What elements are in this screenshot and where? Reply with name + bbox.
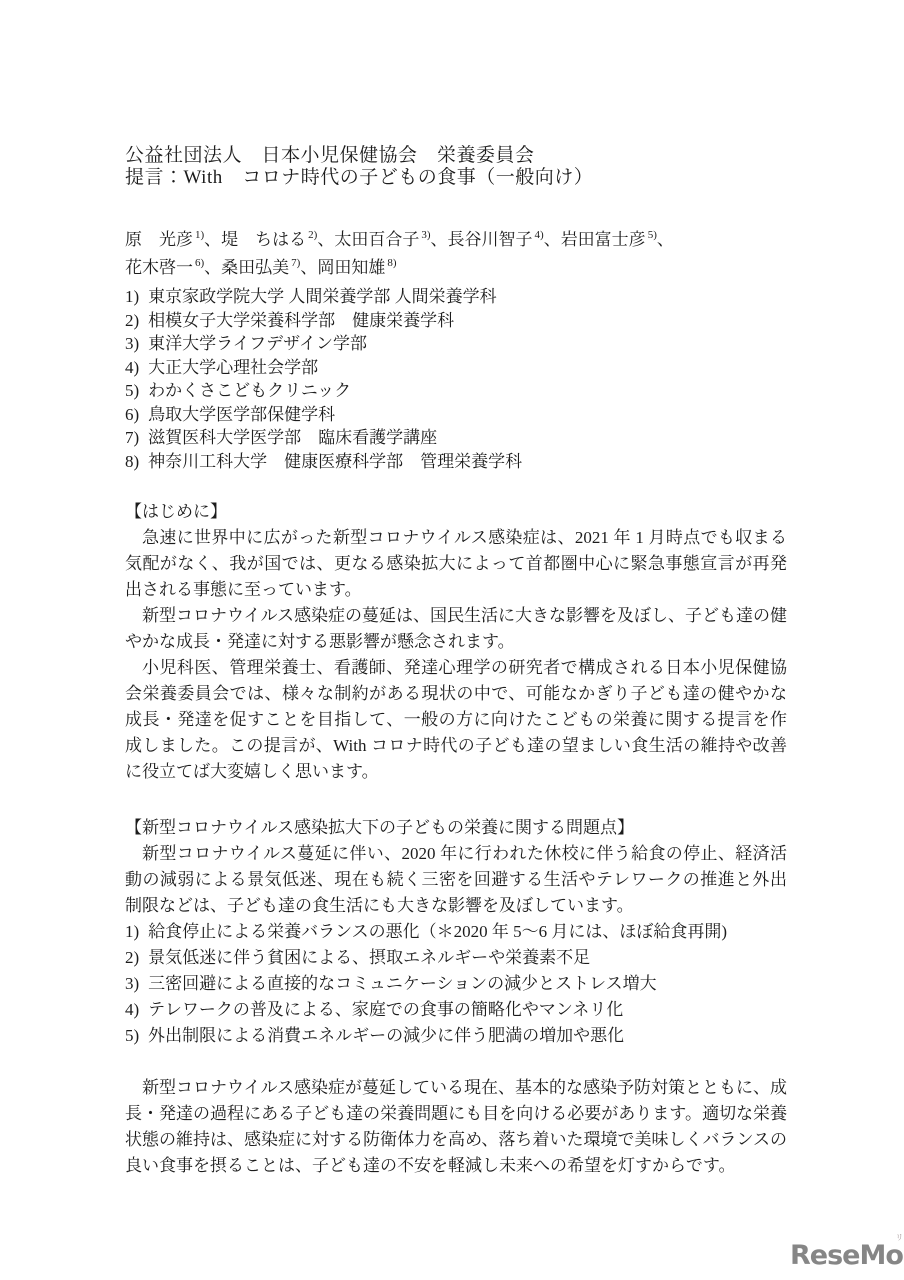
affiliation-item: 5)わかくさこどもクリニック — [125, 379, 787, 403]
section-heading-intro: 【はじめに】 — [125, 499, 787, 525]
author-affiliation-sup: 2) — [308, 229, 317, 241]
problem-number: 3) — [125, 971, 139, 997]
document-page: { "meta": { "page_background": "#ffffff"… — [0, 0, 904, 1280]
problem-item: 2)景気低迷に伴う貧困による、摂取エネルギーや栄養素不足 — [125, 945, 787, 971]
affiliation-item: 6)鳥取大学医学部保健学科 — [125, 403, 787, 427]
problem-number: 5) — [125, 1023, 139, 1049]
author-separator: 、 — [657, 230, 674, 249]
affiliation-number: 7) — [125, 426, 139, 450]
affiliation-item: 1)東京家政学院大学 人間栄養学部 人間栄養学科 — [125, 285, 787, 309]
paragraph: 新型コロナウイルス蔓延に伴い、2020 年に行われた休校に伴う給食の停止、経済活… — [125, 841, 787, 919]
author-name: 岡田知雄 — [317, 258, 385, 277]
section-introduction: 【はじめに】 急速に世界中に広がった新型コロナウイルス感染症は、2021 年 1… — [125, 499, 787, 785]
author-affiliation-sup: 3) — [421, 229, 430, 241]
author-separator: 、 — [204, 258, 221, 277]
paragraph: 新型コロナウイルス感染症が蔓延している現在、基本的な感染予防対策とともに、成長・… — [125, 1075, 787, 1179]
affiliation-item: 4)大正大学心理社会学部 — [125, 356, 787, 380]
problem-text: 景気低迷に伴う貧困による、摂取エネルギーや栄養素不足 — [148, 948, 590, 967]
affiliation-text: 滋賀医科大学医学部 臨床看護学講座 — [148, 428, 437, 447]
affiliation-item: 7)滋賀医科大学医学部 臨床看護学講座 — [125, 426, 787, 450]
problem-text: 外出制限による消費エネルギーの減少に伴う肥満の増加や悪化 — [148, 1026, 624, 1045]
organization-line: 公益社団法人 日本小児保健協会 栄養委員会 — [125, 145, 787, 167]
section-problems: 【新型コロナウイルス感染拡大下の子どもの栄養に関する問題点】 新型コロナウイルス… — [125, 815, 787, 1179]
affiliation-number: 2) — [125, 309, 139, 333]
author-separator: 、 — [204, 230, 221, 249]
problem-item: 5)外出制限による消費エネルギーの減少に伴う肥満の増加や悪化 — [125, 1023, 787, 1049]
author-line: 花木啓一6)、桑田弘美7)、岡田知雄8) — [125, 254, 787, 282]
author-name: 桑田弘美 — [221, 258, 289, 277]
resemom-logo: リセマムReseMom. — [790, 1240, 904, 1272]
problem-item: 1)給食停止による栄養バランスの悪化（＊2020 年 5～6 月には、ほぼ給食再… — [125, 919, 787, 945]
section-heading-problems: 【新型コロナウイルス感染拡大下の子どもの栄養に関する問題点】 — [125, 815, 787, 841]
page-title: 提言：With コロナ時代の子どもの食事（一般向け） — [125, 167, 787, 189]
author-affiliation-sup: 1) — [195, 229, 204, 241]
author-affiliation-sup: 6) — [195, 257, 204, 269]
affiliation-number: 4) — [125, 356, 139, 380]
affiliation-number: 5) — [125, 379, 139, 403]
author-separator: 、 — [300, 258, 317, 277]
author-affiliation-sup: 7) — [291, 257, 300, 269]
resemom-logo-text: ReseMom — [790, 1240, 904, 1271]
author-affiliation-sup: 4) — [535, 229, 544, 241]
problem-text: 給食停止による栄養バランスの悪化（＊2020 年 5～6 月には、ほぼ給食再開) — [148, 922, 727, 941]
affiliation-text: 鳥取大学医学部保健学科 — [148, 405, 335, 424]
author-separator: 、 — [431, 230, 448, 249]
author-name: 岩田富士彦 — [561, 230, 646, 249]
author-separator: 、 — [317, 230, 334, 249]
problem-item: 4)テレワークの普及による、家庭での食事の簡略化やマンネリ化 — [125, 997, 787, 1023]
author-list: 原 光彦1)、堤 ちはる2)、太田百合子3)、長谷川智子4)、岩田富士彦5)、 … — [125, 226, 787, 282]
affiliation-text: 東京家政学院大学 人間栄養学部 人間栄養学科 — [148, 287, 497, 306]
author-name: 堤 ちはる — [221, 230, 306, 249]
author-separator: 、 — [544, 230, 561, 249]
problem-number: 4) — [125, 997, 139, 1023]
document-content: 公益社団法人 日本小児保健協会 栄養委員会 提言：With コロナ時代の子どもの… — [125, 145, 787, 1179]
problem-item: 3)三密回避による直接的なコミュニケーションの減少とストレス増大 — [125, 971, 787, 997]
affiliation-text: 神奈川工科大学 健康医療科学部 管理栄養学科 — [148, 452, 522, 471]
paragraph: 急速に世界中に広がった新型コロナウイルス感染症は、2021 年 1 月時点でも収… — [125, 525, 787, 603]
affiliation-text: 東洋大学ライフデザイン学部 — [148, 334, 367, 353]
affiliation-number: 1) — [125, 285, 139, 309]
author-affiliation-sup: 5) — [648, 229, 657, 241]
affiliation-item: 8)神奈川工科大学 健康医療科学部 管理栄養学科 — [125, 450, 787, 474]
affiliation-item: 2)相模女子大学栄養科学部 健康栄養学科 — [125, 309, 787, 333]
document-title-block: 公益社団法人 日本小児保健協会 栄養委員会 提言：With コロナ時代の子どもの… — [125, 145, 787, 189]
affiliation-number: 6) — [125, 403, 139, 427]
problem-number: 1) — [125, 919, 139, 945]
paragraph: 小児科医、管理栄養士、看護師、発達心理学の研究者で構成される日本小児保健協会栄養… — [125, 655, 787, 785]
resemom-logo-ruby: リセマム — [895, 1234, 904, 1242]
affiliation-list: 1)東京家政学院大学 人間栄養学部 人間栄養学科 2)相模女子大学栄養科学部 健… — [125, 285, 787, 473]
affiliation-number: 3) — [125, 332, 139, 356]
problem-list: 1)給食停止による栄養バランスの悪化（＊2020 年 5～6 月には、ほぼ給食再… — [125, 919, 787, 1049]
affiliation-number: 8) — [125, 450, 139, 474]
problem-text: テレワークの普及による、家庭での食事の簡略化やマンネリ化 — [148, 1000, 623, 1019]
author-name: 長谷川智子 — [448, 230, 533, 249]
affiliation-text: わかくさこどもクリニック — [148, 381, 351, 400]
paragraph: 新型コロナウイルス感染症の蔓延は、国民生活に大きな影響を及ぼし、子ども達の健やか… — [125, 603, 787, 655]
affiliation-text: 相模女子大学栄養科学部 健康栄養学科 — [148, 311, 454, 330]
affiliation-item: 3)東洋大学ライフデザイン学部 — [125, 332, 787, 356]
author-name: 原 光彦 — [125, 230, 193, 249]
author-line: 原 光彦1)、堤 ちはる2)、太田百合子3)、長谷川智子4)、岩田富士彦5)、 — [125, 226, 787, 254]
author-name: 太田百合子 — [334, 230, 419, 249]
affiliation-text: 大正大学心理社会学部 — [148, 358, 318, 377]
author-affiliation-sup: 8) — [387, 257, 396, 269]
problem-number: 2) — [125, 945, 139, 971]
problem-text: 三密回避による直接的なコミュニケーションの減少とストレス増大 — [148, 974, 656, 993]
author-name: 花木啓一 — [125, 258, 193, 277]
